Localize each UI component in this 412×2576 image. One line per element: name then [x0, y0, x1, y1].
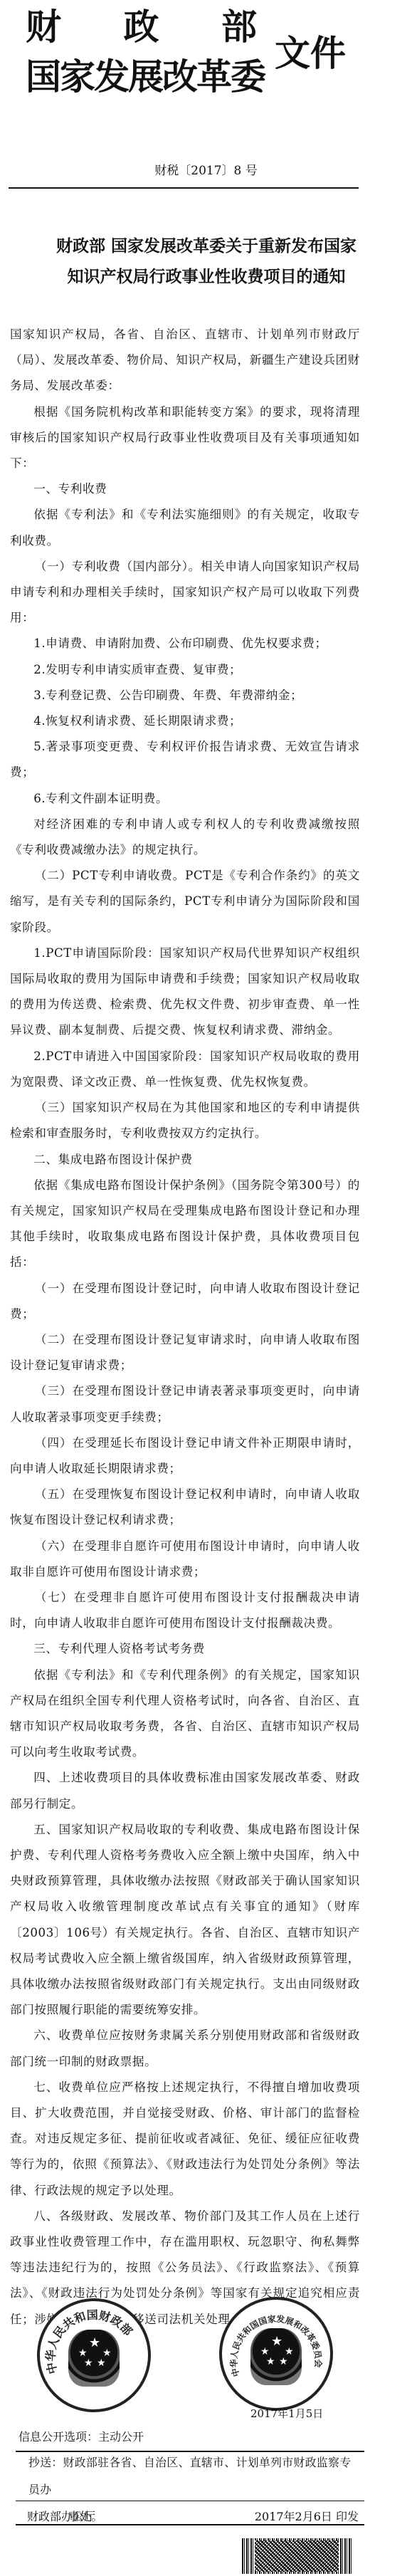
- barcode-pattern: [255, 2540, 339, 2572]
- footer-divider: [16, 2524, 364, 2525]
- star-icon: ★: [285, 2347, 294, 2357]
- section-1-basis: 依据《专利法》和《专利法实施细则》的有关规定，收取专利收费。: [10, 502, 360, 553]
- section-1-3: （三）国家知识产权局在为其他国家和地区的专利申请提供检索和审查服务时，专利收费按…: [10, 1095, 360, 1146]
- disclosure-option: 信息公开选项：主动公开: [19, 2430, 144, 2444]
- footer-divider: [16, 2501, 364, 2501]
- star-icon: ★: [266, 2357, 275, 2367]
- layout-fee-item: （一）在受理布图设计登记时，向申请人收取布图设计登记费；: [10, 1276, 360, 1327]
- fee-item: 3.专利登记费、公告印刷费、年费、年费滞纳金；: [10, 683, 360, 708]
- section-1-heading: 一、专利收费: [10, 476, 360, 502]
- fee-item: 6.专利文件副本证明费。: [10, 786, 360, 812]
- section-7: 七、收费单位应严格按上述规定执行，不得擅自增加收费项目、扩大收费范围，并自觉接受…: [10, 2075, 360, 2204]
- title-line-2: 知识产权局行政事业性收费项目的通知: [14, 262, 398, 293]
- section-6: 六、收费单位应按财务隶属关系分别使用财政部和省级财政部门统一印制的财政票据。: [10, 2023, 360, 2074]
- document-title: 财政部 国家发展改革委关于重新发布国家 知识产权局行政事业性收费项目的通知: [14, 231, 398, 293]
- document-body: 国家知识产权局，各省、自治区、直辖市、计划单列市财政厅（局）、发展改革委、物价局…: [10, 322, 360, 2332]
- issuer-name-mof: 财 政 部: [26, 6, 257, 48]
- reduction-paragraph: 对经济困难的专利申请人或专利权人的专利收费减缴按照《专利收费减缴办法》的规定执行…: [10, 812, 360, 863]
- layout-fee-item: （六）在受理非自愿许可使用布图设计申请时，向申请人收取非自愿许可使用布图设计请求…: [10, 1534, 360, 1585]
- mof-official-seal: 中华人民共和国财政部 ★ ★ ★ ★ ★: [37, 2298, 151, 2412]
- cc-label: 抄送：: [28, 2456, 63, 2469]
- star-icon: ★: [260, 2347, 270, 2357]
- addressees: 国家知识产权局，各省、自治区、直辖市、计划单列市财政厅（局）、发展改革委、物价局…: [10, 322, 360, 399]
- pct-item: 2.PCT申请进入中国国家阶段：国家知识产权局收取的费用为宽限费、译文改正费、单…: [10, 1044, 360, 1095]
- cc-recipients: 财政部驻各省、自治区、直辖市、计划单列市财政监察专员办: [28, 2456, 352, 2496]
- layout-fee-item: （二）在受理布图设计登记复审请求时，向申请人收取布图设计登记复审请求费；: [10, 1327, 360, 1378]
- header-divider: [9, 187, 359, 189]
- issuer-name-ndrc: 国家发展改革委: [26, 56, 265, 98]
- fee-item: 4.恢复权利请求费、延长期限请求费；: [10, 708, 360, 734]
- section-3-heading: 三、专利代理人资格考试考务费: [10, 1636, 360, 1662]
- section-1-1: （一）专利收费（国内部分）。相关申请人向国家知识产权局申请专利和办理相关手续时，…: [10, 554, 360, 632]
- section-4: 四、上述收费项目的具体收费标准由国家发展改革委、财政部另行制定。: [10, 1765, 360, 1816]
- section-2-basis: 依据《集成电路布图设计保护条例》（国务院令第300号）的有关规定，国家知识产权局…: [10, 1173, 360, 1276]
- issuer-char: 政: [124, 6, 159, 48]
- intro-paragraph: 根据《国务院机构改革和职能转变方案》的要求，现将清理审核后的国家知识产权局行政事…: [10, 399, 360, 477]
- section-3-text: 依据《专利法》和《专利代理条例》的有关规定，国家知识产权局在组织全国专利代理人资…: [10, 1663, 360, 1766]
- signing-date: 2017年1月5日: [250, 2408, 323, 2419]
- star-icon: ★: [78, 2348, 88, 2358]
- doc-type-label: 文件: [275, 32, 346, 75]
- issue-date: 2017年2月6日 印发: [255, 2510, 359, 2524]
- issuer-char: 部: [221, 6, 257, 48]
- layout-fee-item: （五）在受理恢复布图设计登记权利申请时，向申请人收取恢复布图设计登记权利请求费；: [10, 1482, 360, 1533]
- star-icon: ★: [97, 2358, 106, 2368]
- section-1-2: （二）PCT专利申请收费。PCT是《专利合作条约》的英文缩写，是有关专利的国际条…: [10, 863, 360, 941]
- fee-item: 2.发明专利申请实质审查费、复审费；: [10, 657, 360, 683]
- star-icon: ★: [279, 2357, 288, 2367]
- issuer-char: 财: [26, 6, 61, 48]
- star-icon: ★: [102, 2348, 112, 2358]
- section-5: 五、国家知识产权局收取的专利收费、集成电路布图设计保护费、专利代理人资格考务费收…: [10, 1817, 360, 2023]
- fee-item: 5.著录事项变更费、专利权评价报告请求费、无效宣告请求费；: [10, 734, 360, 785]
- fee-item: 1.申请费、申请附加费、公布印刷费、优先权要求费；: [10, 631, 360, 656]
- document-number: 财税〔2017〕8 号: [0, 163, 412, 179]
- title-line-1: 财政部 国家发展改革委关于重新发布国家: [14, 231, 398, 262]
- layout-fee-item: （七）在受理非自愿许可使用布图设计支付报酬裁决申请时，向申请人收取非自愿许可使用…: [10, 1585, 360, 1636]
- ndrc-official-seal: 中华人民共和国国家发展和改革委员会 ★ ★ ★ ★ ★: [219, 2297, 333, 2411]
- layout-fee-item: （四）在受理延长布图设计登记申请文件补正期限申请时，向申请人收取延长期限请求费；: [10, 1430, 360, 1482]
- star-icon: ★: [84, 2358, 93, 2368]
- layout-fee-item: （三）在受理布图设计登记申请表著录事项变更时，向申请人收取著录事项变更手续费；: [10, 1378, 360, 1430]
- pct-item: 1.PCT申请国际阶段：国家知识产权局代世界知识产权组织国际局收取的费用为国际申…: [10, 941, 360, 1044]
- issuing-office: 财政部办公厅: [27, 2510, 95, 2524]
- star-icon: ★: [271, 2337, 282, 2347]
- barcode-icon: [242, 2538, 352, 2574]
- section-2-heading: 二、集成电路布图设计保护费: [10, 1147, 360, 1173]
- star-icon: ★: [89, 2338, 100, 2348]
